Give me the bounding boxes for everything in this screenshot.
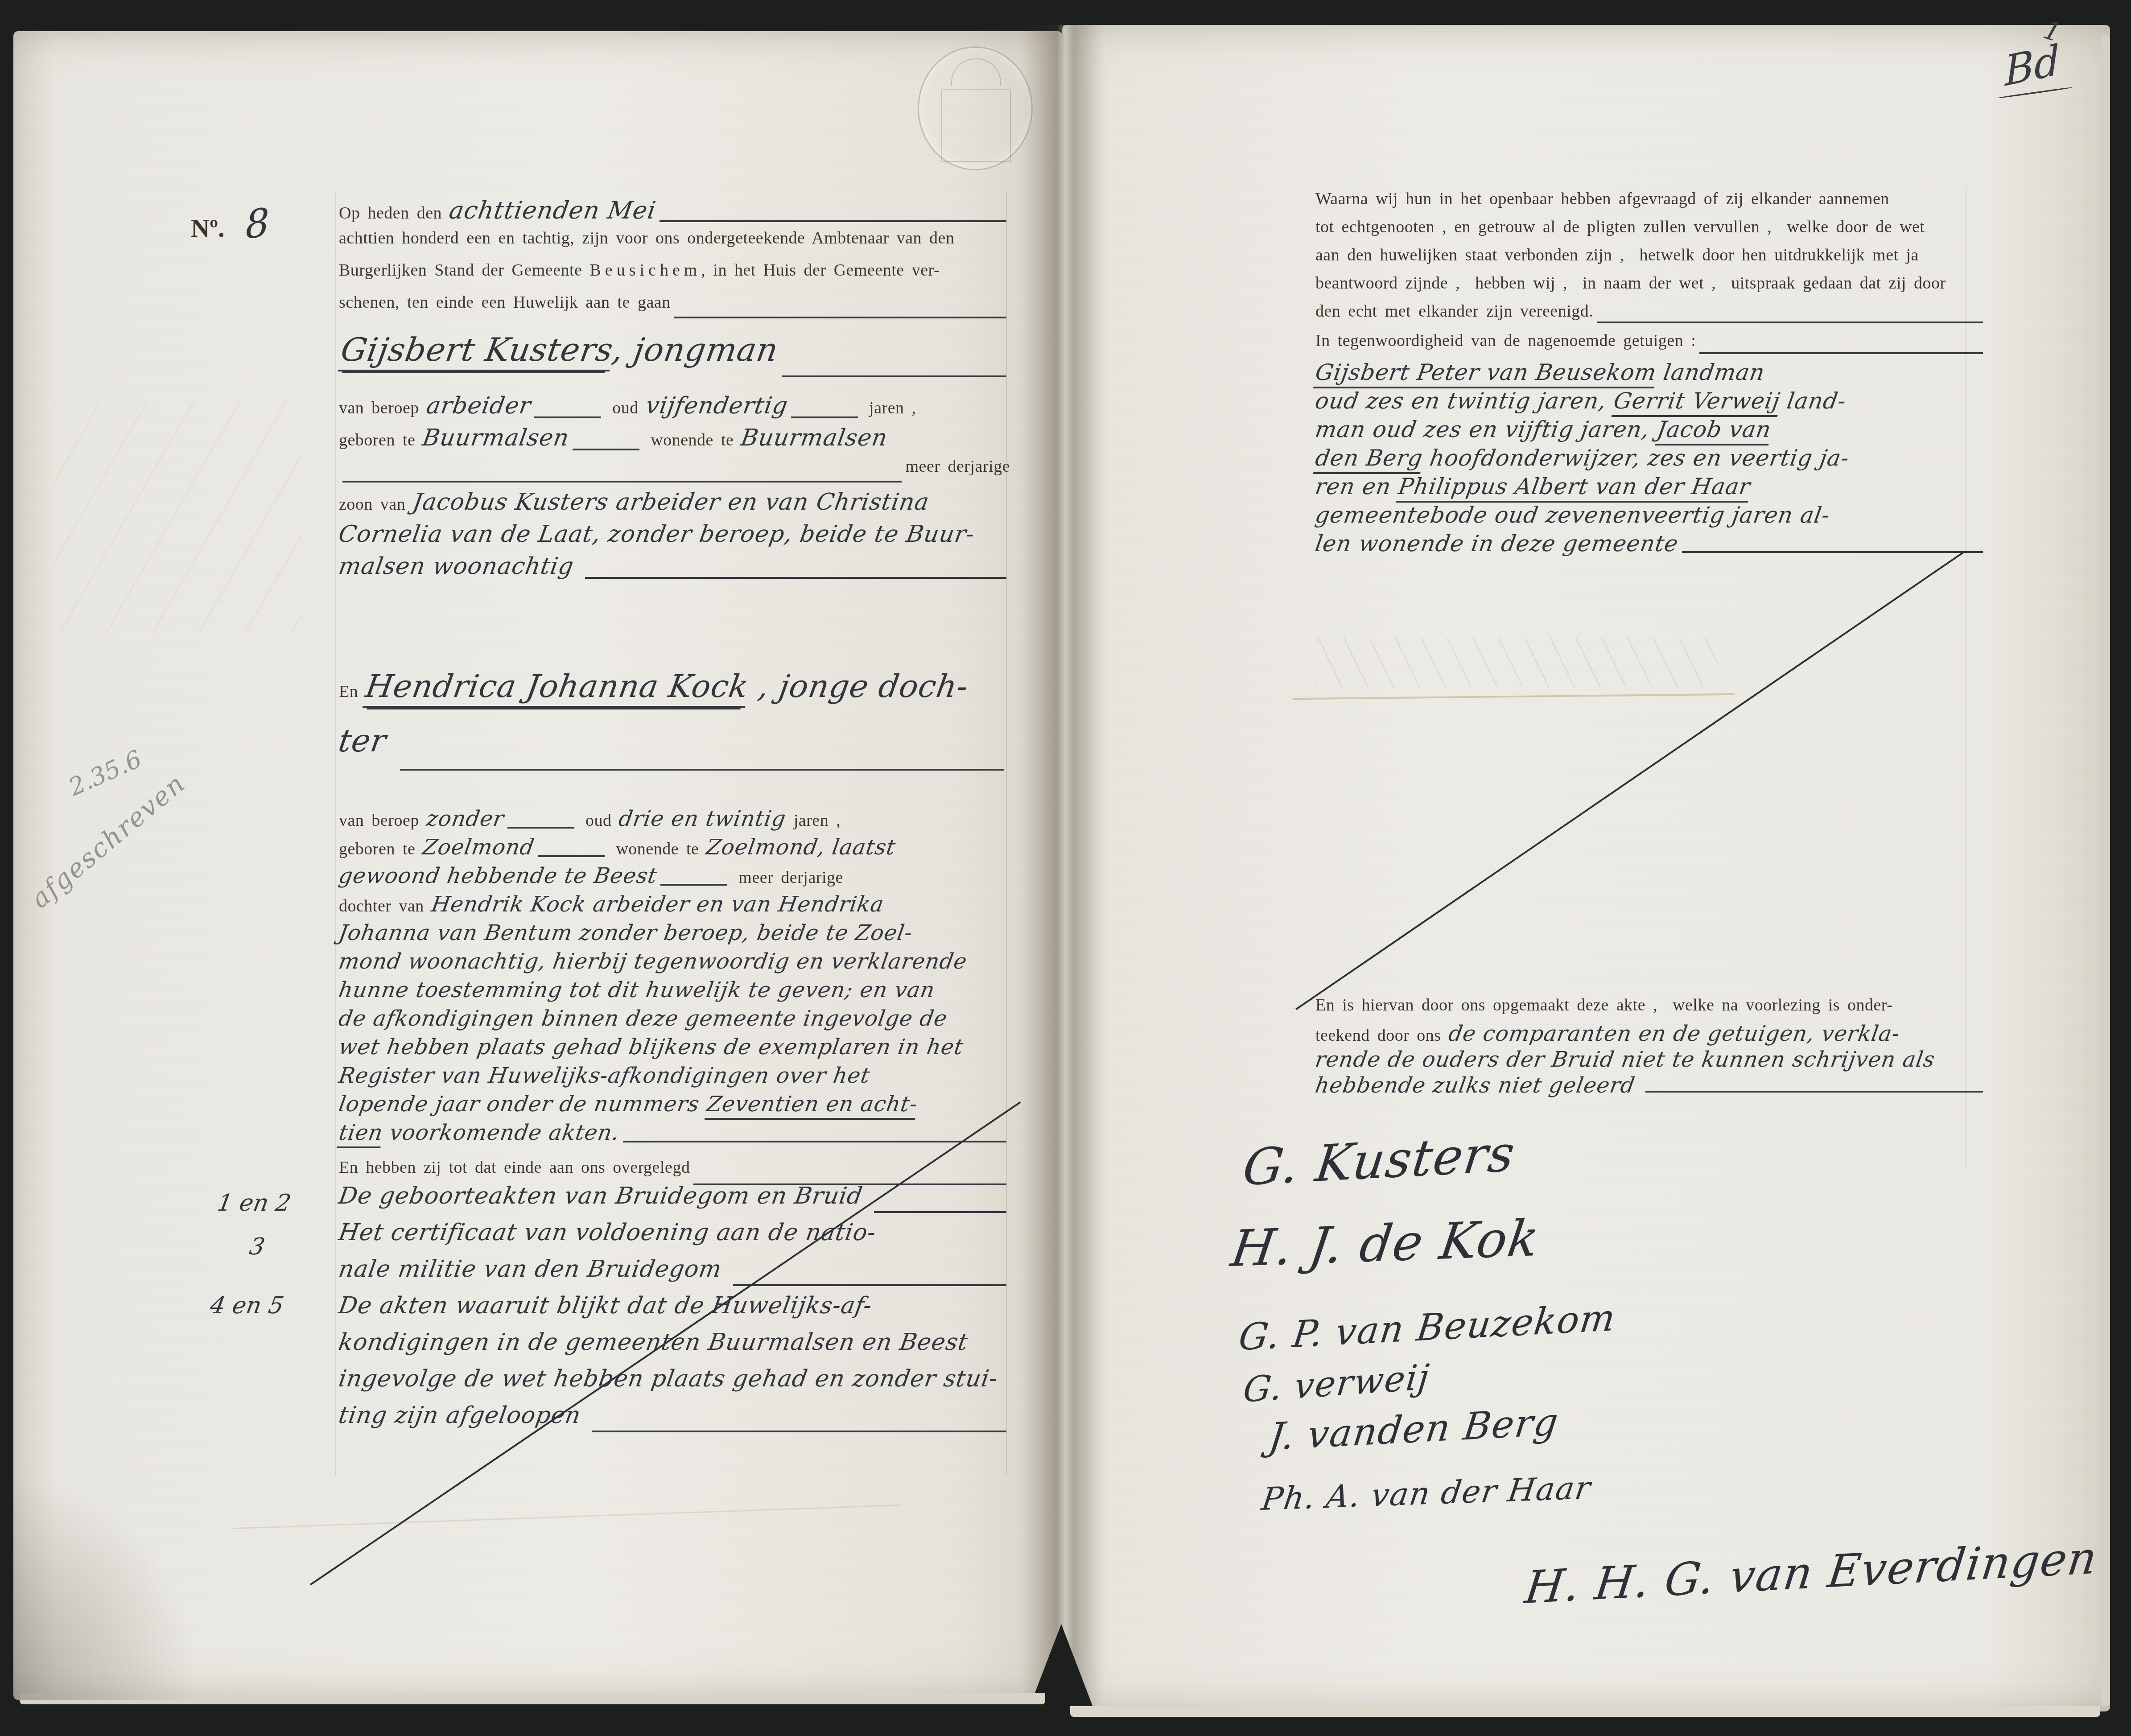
document-line: Gijsbert Kusters, jongman	[341, 331, 1010, 383]
handwritten-text: rende de ouders der Bruid niet te kunnen…	[1314, 1047, 1937, 1072]
printed-text: meer derjarige	[731, 868, 843, 887]
fill-rule-line	[674, 317, 1006, 318]
document-line: de afkondigingen binnen deze gemeente in…	[339, 1006, 1010, 1035]
scanned-book-spread: Nº. 8 Op heden den achttienden Meiachtti…	[0, 0, 2131, 1736]
handwritten-text: drie en twintig	[617, 806, 788, 831]
printed-text: meer derjarige	[906, 457, 1010, 476]
handwritten-text: ren en	[1313, 474, 1400, 499]
handwritten-text: gewoond hebbende te Beest	[337, 863, 659, 888]
handwritten-text: oud zes en twintig jaren,	[1313, 388, 1616, 414]
intro-paragraph: Op heden den achttienden Meiachttien hon…	[339, 196, 1010, 325]
bride-name-line: En Hendrica Johanna Kock , jonge doch-te…	[339, 668, 1008, 777]
handwritten-text: Jacobus Kusters arbeider en van Christin…	[411, 489, 931, 515]
printed-text: tot echtgenooten , en getrouw al de plig…	[1315, 217, 1925, 237]
printed-text: geboren te	[339, 839, 423, 859]
document-line: Gijsbert Peter van Beusekom landman	[1315, 359, 1987, 388]
handwritten-text: de afkondigingen binnen deze gemeente in…	[337, 1006, 949, 1031]
document-line: mond woonachtig, hierbij tegenwoordig en…	[339, 949, 1010, 977]
document-line: geboren te Buurmalsen wonende te Buurmal…	[339, 425, 1010, 457]
fill-rule-line	[1645, 1091, 1983, 1093]
fill-rule-line	[874, 1211, 1006, 1213]
document-line: rende de ouders der Bruid niet te kunnen…	[1315, 1047, 1987, 1073]
document-line: hunne toestemming tot dit huwelijk te ge…	[339, 977, 1010, 1006]
document-line: achttien honderd een en tachtig, zijn vo…	[339, 228, 1010, 260]
fill-rule-line	[791, 416, 858, 418]
handwritten-text: , jonge doch-	[745, 668, 971, 705]
handwritten-text: Buurmalsen	[739, 425, 890, 451]
handwritten-text: lopende jaar onder de nummers	[337, 1092, 709, 1117]
document-line: van beroep arbeider oud vijfendertig jar…	[339, 392, 1010, 425]
printed-text: schenen, ten einde een Huwelijk aan te g…	[339, 293, 671, 312]
handwritten-text: De geboorteakten van Bruidegom en Bruid	[337, 1183, 872, 1209]
document-line: Op heden den achttienden Mei	[339, 196, 1010, 228]
handwritten-text: achttienden Mei	[447, 196, 658, 224]
witnesses-heading: In tegenwoordigheid van de nagenoemde ge…	[1315, 331, 1987, 360]
submitted-documents-list: De geboorteakten van Bruidegom en Bruid …	[339, 1183, 1010, 1439]
document-line: gemeentebode oud zevenenveertig jaren al…	[1315, 502, 1987, 531]
handwritten-text: Hendrica Johanna Kock	[363, 668, 751, 708]
printed-text: zoon van	[339, 495, 413, 514]
vows-paragraph: Waarna wij hun in het openbaar hebben af…	[1315, 189, 1987, 330]
printed-text: oud	[605, 398, 646, 418]
printed-text: wonende te	[608, 839, 706, 859]
page-stack-edge	[1070, 1706, 2100, 1717]
handwritten-text: tien	[337, 1120, 385, 1148]
handwritten-text: land-	[1778, 388, 1848, 414]
handwritten-text: hebbende zulks niet geleerd	[1314, 1073, 1644, 1098]
printed-text: beantwoord zijnde , hebben wij , in naam…	[1315, 273, 1946, 293]
handwritten-text: Buurmalsen	[421, 425, 571, 451]
fill-rule-line	[782, 375, 1006, 377]
document-line: De akten waaruit blijkt dat de Huwelijks…	[339, 1292, 1010, 1329]
document-line: schenen, ten einde een Huwelijk aan te g…	[339, 293, 1010, 325]
printed-text: oud	[578, 811, 619, 830]
handwritten-text: voorkomende akten.	[381, 1120, 622, 1145]
printed-text: aan den huwelijken staat verbonden zijn …	[1315, 245, 1919, 265]
fill-rule-line	[1597, 322, 1983, 323]
document-line: len wonende in deze gemeente	[1315, 531, 1987, 559]
document-line: kondigingen in de gemeenten Buurmalsen e…	[339, 1329, 1010, 1365]
printed-text: Op heden den	[339, 203, 449, 223]
act-number-value: 8	[245, 199, 270, 248]
page-stack-edge	[2101, 35, 2110, 1706]
handwritten-text: mond woonachtig, hierbij tegenwoordig en…	[337, 949, 969, 974]
fill-rule-line	[585, 577, 1006, 579]
document-line: Burgerlijken Stand der Gemeente Beusiche…	[339, 260, 1010, 293]
document-line: Waarna wij hun in het openbaar hebben af…	[1315, 189, 1987, 217]
page-corner-shadow	[13, 1472, 201, 1700]
printed-text: jaren ,	[786, 811, 841, 830]
document-line: den Berg hoofdonderwijzer, zes en veerti…	[1315, 445, 1987, 474]
document-line: ren en Philippus Albert van der Haar	[1315, 474, 1987, 502]
handwritten-text: ingevolge de wet hebben plaats gehad en …	[337, 1365, 1000, 1392]
document-line: geboren te Zoelmond wonende te Zoelmond,…	[339, 835, 1010, 863]
document-line: teekend door ons de comparanten en de ge…	[1315, 1021, 1987, 1047]
document-line: In tegenwoordigheid van de nagenoemde ge…	[1315, 331, 1987, 360]
printed-text: , in het Huis der Gemeente ver-	[701, 260, 940, 280]
fill-rule-line	[1699, 352, 1983, 354]
handwritten-text: vijfendertig	[644, 392, 790, 419]
document-line: dochter van Hendrik Kock arbeider en van…	[339, 892, 1010, 920]
printed-text: Beusichem	[589, 260, 701, 280]
printed-text: achttien honderd een en tachtig, zijn vo…	[339, 228, 954, 248]
document-line: ter	[339, 722, 1008, 777]
handwritten-text: Het certificaat van voldoening aan de na…	[337, 1219, 878, 1246]
document-line: aan den huwelijken staat verbonden zijn …	[1315, 245, 1987, 273]
handwritten-text: hunne toestemming tot dit huwelijk te ge…	[337, 977, 937, 1002]
handwritten-text: Hendrik Kock arbeider en van Hendrika	[429, 892, 886, 917]
printed-text: van beroep	[339, 811, 427, 830]
groom-name-line: Gijsbert Kusters, jongman	[341, 331, 1010, 383]
handwritten-text: gemeentebode oud zevenenveertig jaren al…	[1313, 502, 1832, 528]
handwritten-text: Register van Huwelijks-afkondigingen ove…	[337, 1063, 872, 1088]
printed-text: den echt met elkander zijn vereenigd.	[1315, 301, 1593, 321]
act-number-label: Nº.	[191, 213, 225, 243]
handwritten-text: den Berg	[1313, 445, 1425, 474]
handwritten-text: Zeventien en acht-	[705, 1092, 919, 1120]
printed-text: jaren ,	[861, 398, 916, 418]
printed-text: En is hiervan door ons opgemaakt deze ak…	[1315, 995, 1892, 1015]
book-spine-fold	[1021, 25, 1106, 1711]
document-line: Cornelia van de Laat, zonder beroep, bei…	[339, 521, 1010, 553]
printed-text: Waarna wij hun in het openbaar hebben af…	[1315, 189, 1889, 209]
handwritten-text: Zoelmond, laatst	[705, 835, 898, 860]
act-number: Nº. 8	[191, 202, 269, 246]
handwritten-text: , jongman	[610, 331, 781, 368]
closing-paragraph: En is hiervan door ons opgemaakt deze ak…	[1315, 995, 1987, 1099]
fill-rule-line	[534, 416, 601, 418]
printed-text: En	[339, 682, 366, 701]
document-line: gewoond hebbende te Beest meer derjarige	[339, 863, 1010, 892]
handwritten-text: malsen woonachtig	[337, 553, 584, 580]
witnesses-paragraph: Gijsbert Peter van Beusekom landmanoud z…	[1315, 359, 1987, 559]
handwritten-text: nale militie van den Bruidegom	[337, 1256, 731, 1282]
fill-rule-line	[573, 449, 639, 450]
handwritten-text: man oud zes en vijftig jaren,	[1313, 416, 1659, 442]
fill-rule-line	[1682, 551, 1983, 553]
handwritten-text: hoofdonderwijzer, zes en veertig ja-	[1420, 445, 1851, 471]
document-line: En is hiervan door ons opgemaakt deze ak…	[1315, 995, 1987, 1021]
document-line: tot echtgenooten , en getrouw al de plig…	[1315, 217, 1987, 245]
fill-rule-line	[342, 481, 902, 482]
document-line: Het certificaat van voldoening aan de na…	[339, 1219, 1010, 1256]
column-rule	[335, 192, 336, 1476]
embossed-seal-crown	[951, 58, 1001, 86]
printed-text: geboren te	[339, 430, 423, 450]
document-line: ingevolge de wet hebben plaats gehad en …	[339, 1365, 1010, 1402]
document-line: tien voorkomende akten.	[339, 1120, 1010, 1149]
printed-text: teekend door ons	[1315, 1026, 1449, 1045]
document-line: hebbende zulks niet geleerd	[1315, 1073, 1987, 1099]
handwritten-text: zonder	[425, 806, 506, 831]
handwritten-text: Cornelia van de Laat, zonder beroep, bei…	[337, 521, 977, 548]
handwritten-text: ting zijn afgeloopen	[337, 1402, 590, 1429]
printed-text: In tegenwoordigheid van de nagenoemde ge…	[1315, 331, 1696, 350]
margin-item-number: 4 en 5	[208, 1292, 286, 1319]
handwritten-text: de comparanten en de getuigen, verkla-	[1447, 1021, 1901, 1046]
handwritten-text: De akten waaruit blijkt dat de Huwelijks…	[337, 1292, 874, 1319]
document-line: beantwoord zijnde , hebben wij , in naam…	[1315, 273, 1987, 301]
document-line: den echt met elkander zijn vereenigd.	[1315, 301, 1987, 330]
fill-rule-line	[659, 220, 1006, 222]
embossed-seal-shield	[941, 89, 1011, 162]
handwritten-text: Johanna van Bentum zonder beroep, beide …	[337, 920, 915, 945]
handwritten-text: landman	[1654, 359, 1767, 385]
printed-text: Burgerlijken Stand der Gemeente	[339, 260, 589, 280]
document-line: Johanna van Bentum zonder beroep, beide …	[339, 920, 1010, 949]
document-line: wet hebben plaats gehad blijkens de exem…	[339, 1035, 1010, 1063]
printed-text: van beroep	[339, 398, 427, 418]
handwritten-text: len wonende in deze gemeente	[1313, 531, 1680, 557]
printed-text: wonende te	[643, 430, 741, 450]
document-line: nale militie van den Bruidegom	[339, 1256, 1010, 1292]
document-line: zoon van Jacobus Kusters arbeider en van…	[339, 489, 1010, 521]
handwritten-text: Gerrit Verweij	[1612, 388, 1782, 417]
fill-rule-line	[660, 884, 727, 886]
handwritten-text: arbeider	[425, 392, 533, 419]
margin-item-number: 1 en 2	[215, 1190, 293, 1216]
printed-text: En hebben zij tot dat einde aan ons over…	[339, 1158, 690, 1177]
groom-details-paragraph: van beroep arbeider oud vijfendertig jar…	[339, 392, 1010, 585]
document-line: ting zijn afgeloopen	[339, 1402, 1010, 1439]
embossed-seal	[918, 46, 1033, 170]
document-line: man oud zes en vijftig jaren, Jacob van	[1315, 416, 1987, 445]
fill-rule-line	[400, 769, 1004, 771]
document-line: Register van Huwelijks-afkondigingen ove…	[339, 1063, 1010, 1092]
handwritten-text: ter	[336, 722, 400, 759]
document-line: meer derjarige	[339, 457, 1010, 489]
printed-text: dochter van	[339, 896, 432, 916]
fill-rule-line	[592, 1431, 1006, 1432]
document-line: lopende jaar onder de nummers Zeventien …	[339, 1092, 1010, 1120]
fill-rule-line	[538, 855, 605, 857]
document-line: van beroep zonder oud drie en twintig ja…	[339, 806, 1010, 835]
document-line: En Hendrica Johanna Kock , jonge doch-	[339, 668, 1008, 722]
handwritten-text: wet hebben plaats gehad blijkens de exem…	[337, 1035, 965, 1060]
handwritten-text: Jacob van	[1655, 416, 1773, 445]
handwritten-text: Zoelmond	[421, 835, 536, 860]
document-line: oud zes en twintig jaren, Gerrit Verweij…	[1315, 388, 1987, 416]
handwritten-text: Philippus Albert van der Haar	[1396, 474, 1752, 503]
handwritten-text: Gijsbert Peter van Beusekom	[1313, 359, 1658, 388]
fill-rule-line	[733, 1284, 1006, 1286]
fill-rule-line	[623, 1141, 1006, 1142]
signature-bride: H. J. de Kok	[1228, 1209, 1543, 1278]
handwritten-text: Gijsbert Kusters	[338, 331, 616, 371]
document-line: malsen woonachtig	[339, 553, 1010, 585]
fill-rule-line	[507, 827, 574, 829]
document-line: De geboorteakten van Bruidegom en Bruid	[339, 1183, 1010, 1219]
bride-details-paragraph: van beroep zonder oud drie en twintig ja…	[339, 806, 1010, 1149]
